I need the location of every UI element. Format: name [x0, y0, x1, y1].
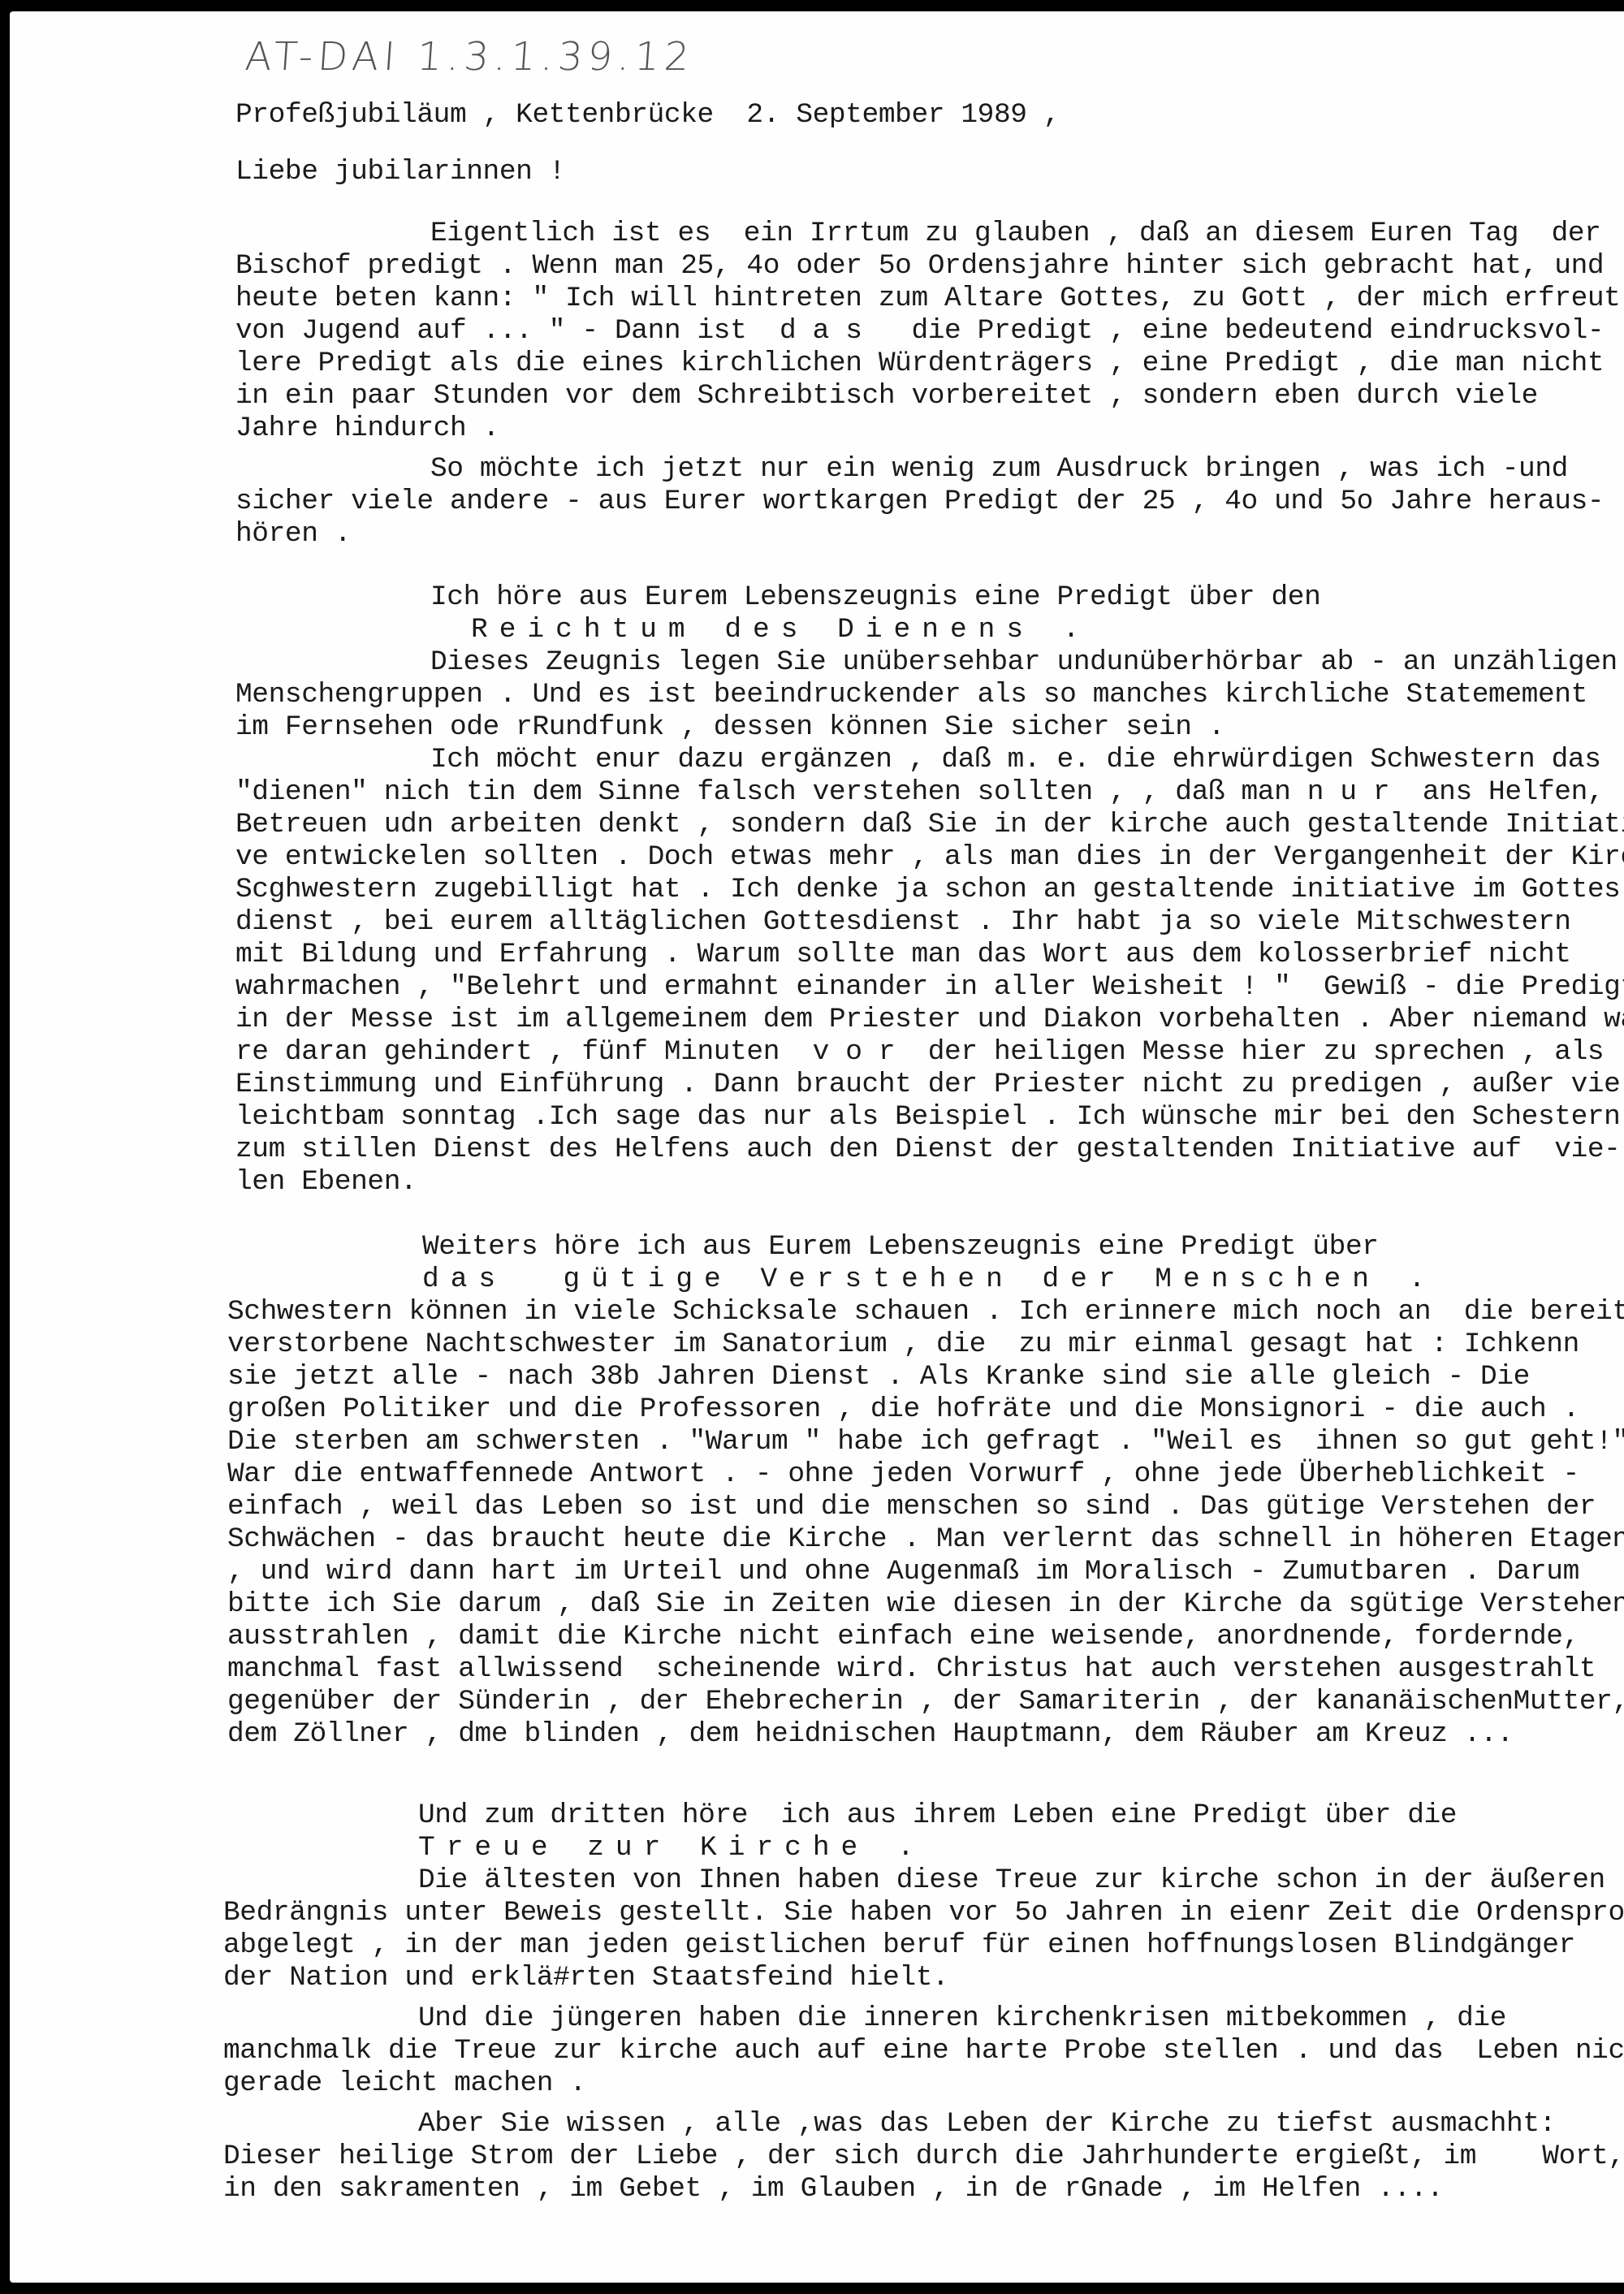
text-line: sie jetzt alle - nach 38b Jahren Dienst …: [227, 1361, 1530, 1393]
text-line: der Nation und erklä#rten Staatsfeind hi…: [223, 1962, 948, 1994]
text-line: großen Politiker und die Professoren , d…: [227, 1393, 1579, 1426]
text-line: Ich höre aus Eurem Lebenszeugnis eine Pr…: [430, 581, 1320, 614]
text-line: in der Messe ist im allgemeinem dem Prie…: [235, 1004, 1624, 1036]
text-line: Und zum dritten höre ich aus ihrem Leben…: [418, 1799, 1457, 1832]
text-line: Jahre hindurch .: [235, 413, 499, 445]
text-line: Schwächen - das braucht heute die Kirche…: [227, 1523, 1624, 1556]
text-line: So möchte ich jetzt nur ein wenig zum Au…: [430, 453, 1568, 486]
text-line: ausstrahlen , damit die Kirche nicht ein…: [227, 1621, 1579, 1653]
text-line: mit Bildung und Erfahrung . Warum sollte…: [235, 939, 1571, 971]
text-line: verstorbene Nachtschwester im Sanatorium…: [227, 1328, 1579, 1361]
text-line: Weiters höre ich aus Eurem Lebenszeugnis…: [422, 1231, 1379, 1264]
text-line: Betreuen udn arbeiten denkt , sondern da…: [235, 809, 1624, 841]
text-line: zum stillen Dienst des Helfens auch den …: [235, 1134, 1620, 1166]
text-line: bitte ich Sie darum , daß Sie in Zeiten …: [227, 1588, 1624, 1621]
text-line: re daran gehindert , fünf Minuten v o r …: [235, 1036, 1604, 1069]
text-line: lere Predigt als die eines kirchlichen W…: [235, 348, 1604, 380]
text-line: len Ebenen.: [235, 1166, 417, 1199]
text-line: sicher viele andere - aus Eurer wortkarg…: [235, 486, 1604, 518]
text-line: Eigentlich ist es ein Irrtum zu glauben …: [430, 218, 1601, 250]
text-line: Und die jüngeren haben die inneren kirch…: [418, 2002, 1506, 2035]
text-line: Dieser heilige Strom der Liebe , der sic…: [223, 2141, 1624, 2173]
text-line: manchmal fast allwissend scheinende wird…: [227, 1653, 1596, 1686]
text-line: "dienen" nich tin dem Sinne falsch verst…: [235, 776, 1604, 809]
text-line: wahrmachen , "Belehrt und ermahnt einand…: [235, 971, 1624, 1004]
text-line: Menschengruppen . Und es ist beeindrucke…: [235, 679, 1587, 711]
text-line: heute beten kann: " Ich will hintreten z…: [235, 283, 1620, 315]
text-line: War die entwaffennede Antwort . - ohne j…: [227, 1458, 1579, 1491]
section-heading: das gütige Verstehen der Menschen .: [422, 1264, 1436, 1296]
text-line: abgelegt , in der man jeden geistlichen …: [223, 1929, 1575, 1962]
text-line: gegenüber der Sünderin , der Ehebrecheri…: [227, 1686, 1624, 1718]
text-line: Schwestern können in viele Schicksale sc…: [227, 1296, 1624, 1328]
text-line: in den sakramenten , im Gebet , im Glaub…: [223, 2173, 1443, 2205]
text-line: in ein paar Stunden vor dem Schreibtisch…: [235, 380, 1538, 413]
text-line: Die sterben am schwersten . "Warum " hab…: [227, 1426, 1624, 1458]
salutation: Liebe jubilarinnen !: [235, 156, 565, 188]
text-line: gerade leicht machen .: [223, 2067, 586, 2100]
text-line: einfach , weil das Leben so ist und die …: [227, 1491, 1596, 1523]
text-line: Scghwestern zugebilligt hat . Ich denke …: [235, 874, 1624, 906]
text-line: Dieses Zeugnis legen Sie unübersehbar un…: [430, 646, 1618, 679]
text-line: Die ältesten von Ihnen haben diese Treue…: [418, 1864, 1605, 1897]
section-heading: Reichtum des Dienens .: [471, 614, 1091, 646]
text-line: Aber Sie wissen , alle ,was das Leben de…: [418, 2108, 1556, 2141]
text-line: leichtbam sonntag .Ich sage das nur als …: [235, 1101, 1620, 1134]
text-line: hören .: [235, 518, 351, 551]
text-line: Ich möcht enur dazu ergänzen , daß m. e.…: [430, 744, 1601, 776]
text-line: Bedrängnis unter Beweis gestellt. Sie ha…: [223, 1897, 1624, 1929]
text-line: von Jugend auf ... " - Dann ist d a s di…: [235, 315, 1604, 348]
text-line: Bischof predigt . Wenn man 25, 4o oder 5…: [235, 250, 1604, 283]
section-heading: Treue zur Kirche .: [418, 1832, 926, 1864]
text-line: dem Zöllner , dme blinden , dem heidnisc…: [227, 1718, 1514, 1751]
document-title-line: Profeßjubiläum , Kettenbrücke 2. Septemb…: [235, 99, 1060, 132]
text-line: Einstimmung und Einführung . Dann brauch…: [235, 1069, 1624, 1101]
text-line: , und wird dann hart im Urteil und ohne …: [227, 1556, 1579, 1588]
text-line: im Fernsehen ode rRundfunk , dessen könn…: [235, 711, 1224, 744]
text-line: ve entwickelen sollten . Doch etwas mehr…: [235, 841, 1624, 874]
text-line: dienst , bei eurem alltäglichen Gottesdi…: [235, 906, 1571, 939]
document-page: AT-DAI 1.3.1.39.12 Profeßjubiläum , Kett…: [10, 11, 1624, 2283]
text-line: manchmalk die Treue zur kirche auch auf …: [223, 2035, 1624, 2067]
archive-signature-handwritten: AT-DAI 1.3.1.39.12: [244, 34, 695, 80]
